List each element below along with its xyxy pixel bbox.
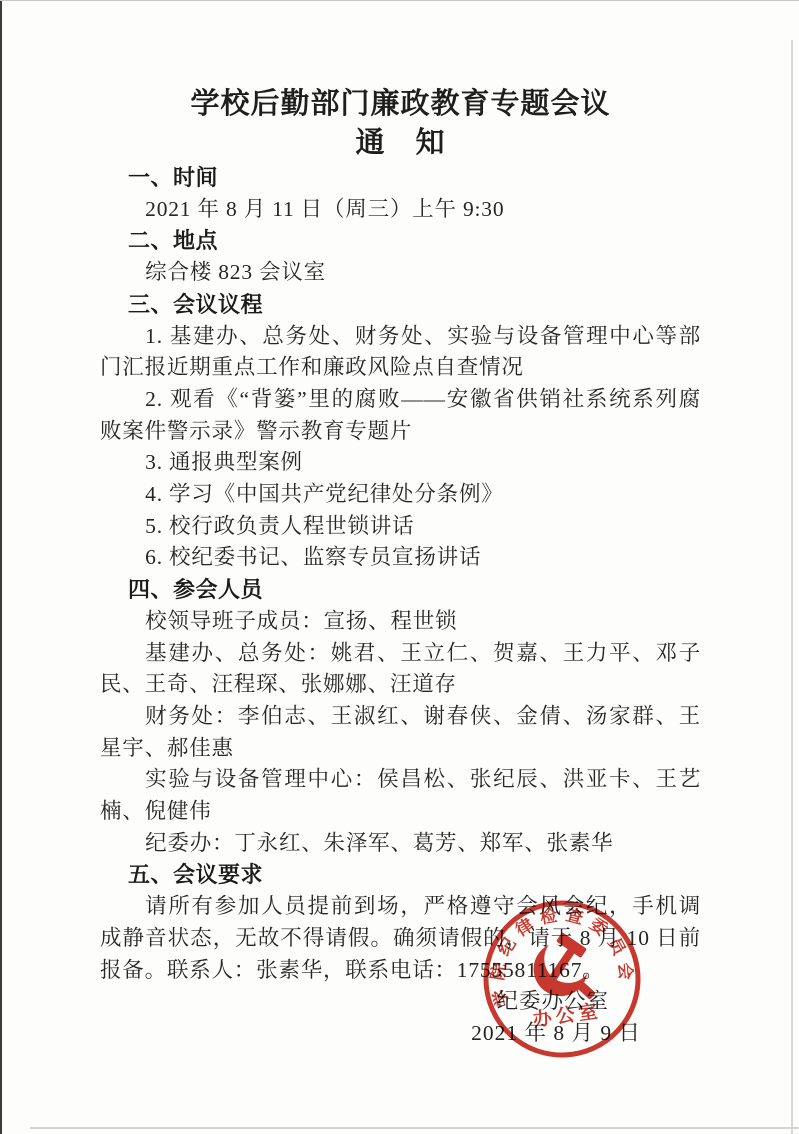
agenda-item-6: 6. 校纪委书记、监察专员宣扬讲话 bbox=[100, 542, 701, 574]
agenda-item-4: 4. 学习《中国共产党纪律处分条例》 bbox=[100, 479, 701, 511]
agenda-item-3: 3. 通报典型案例 bbox=[100, 447, 701, 479]
section-heading-agenda: 三、会议议程 bbox=[100, 289, 701, 321]
agenda-item-1: 1. 基建办、总务处、财务处、实验与设备管理中心等部门汇报近期重点工作和廉政风险… bbox=[100, 321, 701, 384]
agenda-item-5: 5. 校行政负责人程世锁讲话 bbox=[100, 511, 701, 543]
stamp-red-group: 学院纪律检查委员会 办公室 bbox=[478, 895, 643, 1037]
hammer-sickle-icon bbox=[529, 929, 598, 1007]
agenda-item-2: 2. 观看《“背篓”里的腐败——安徽省供销社系统系列腐败案件警示录》警示教育专题… bbox=[100, 384, 701, 447]
meeting-time: 2021 年 8 月 11 日（周三）上午 9:30 bbox=[100, 194, 701, 226]
meeting-location: 综合楼 823 会议室 bbox=[100, 257, 701, 289]
scan-edge-left bbox=[0, 0, 2, 1134]
participants-lab-equipment-center: 实验与设备管理中心：侯昌松、张纪辰、洪亚卡、王艺楠、倪健伟 bbox=[100, 764, 701, 827]
scanned-notice-page: 学校后勤部门廉政教育专题会议 通 知 一、时间 2021 年 8 月 11 日（… bbox=[0, 0, 799, 1134]
scan-edge-bottom bbox=[30, 1127, 799, 1129]
document-subtitle: 通 知 bbox=[100, 124, 701, 162]
participants-construction-general-affairs: 基建办、总务处：姚君、王立仁、贺嘉、王力平、邓子民、王奇、汪程琛、张娜娜、汪道存 bbox=[100, 638, 701, 701]
section-heading-requirements: 五、会议要求 bbox=[100, 859, 701, 891]
participants-finance: 财务处：李伯志、王淑红、谢春侠、金倩、汤家群、王星宇、郝佳惠 bbox=[100, 701, 701, 764]
participants-leaders: 校领导班子成员：宣扬、程世锁 bbox=[100, 606, 701, 638]
section-heading-time: 一、时间 bbox=[100, 162, 701, 194]
scan-edge-right bbox=[791, 40, 793, 1134]
section-heading-location: 二、地点 bbox=[100, 225, 701, 257]
section-heading-participants: 四、参会人员 bbox=[100, 574, 701, 606]
official-seal-stamp: 学院纪律检查委员会 办公室 bbox=[468, 885, 655, 1072]
stamp-bottom-text: 办公室 bbox=[531, 999, 603, 1031]
document-title: 学校后勤部门廉政教育专题会议 bbox=[100, 84, 701, 124]
scan-edge-top bbox=[0, 0, 799, 1]
participants-discipline-office: 纪委办：丁永红、朱泽军、葛芳、郑军、张素华 bbox=[100, 828, 701, 860]
